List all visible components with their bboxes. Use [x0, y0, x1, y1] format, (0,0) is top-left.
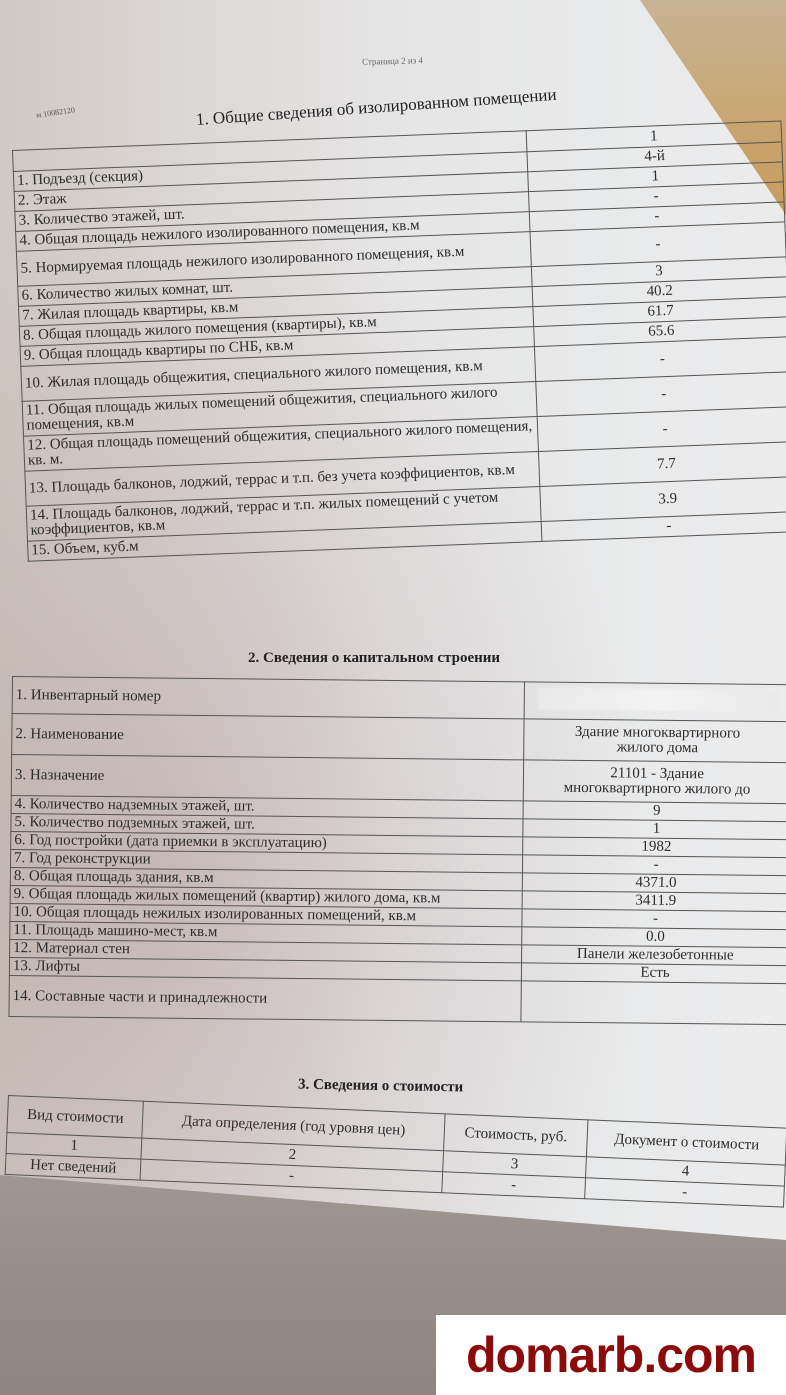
- value-line: многоквартирного жилого до: [527, 780, 786, 798]
- value-line: жилого дома: [527, 739, 786, 757]
- row-label: 3. Назначение: [11, 755, 524, 801]
- row-label: 2. Наименование: [12, 714, 525, 760]
- row-value: Здание многоквартирногожилого дома: [524, 719, 786, 763]
- redaction-blur: [538, 688, 778, 713]
- section3-title: 3. Сведения о стоимости: [298, 1077, 463, 1097]
- table-row: 14. Составные части и принадлежности: [9, 975, 786, 1024]
- column-header: Вид стоимости: [7, 1096, 144, 1139]
- section2-title: 2. Сведения о капитальном строении: [248, 650, 500, 667]
- row-label: 14. Составные части и принадлежности: [9, 975, 522, 1021]
- section2-table: 1. Инвентарный номер 2. Наименование Зда…: [8, 676, 786, 1025]
- watermark: domarb.com: [436, 1315, 786, 1395]
- row-label: 1. Инвентарный номер: [12, 677, 525, 719]
- page-number: Страница 2 из 4: [362, 55, 423, 67]
- section1-table: 1 1. Подъезд (секция)4-й 2. Этаж1 3. Кол…: [12, 120, 786, 561]
- column-header: Стоимость, руб.: [443, 1114, 588, 1157]
- row-value: 21101 - Зданиемногоквартирного жилого до: [523, 760, 786, 804]
- watermark-text: domarb.com: [466, 1326, 756, 1384]
- inventory-number-redacted: [524, 682, 786, 722]
- row-value: [521, 981, 786, 1025]
